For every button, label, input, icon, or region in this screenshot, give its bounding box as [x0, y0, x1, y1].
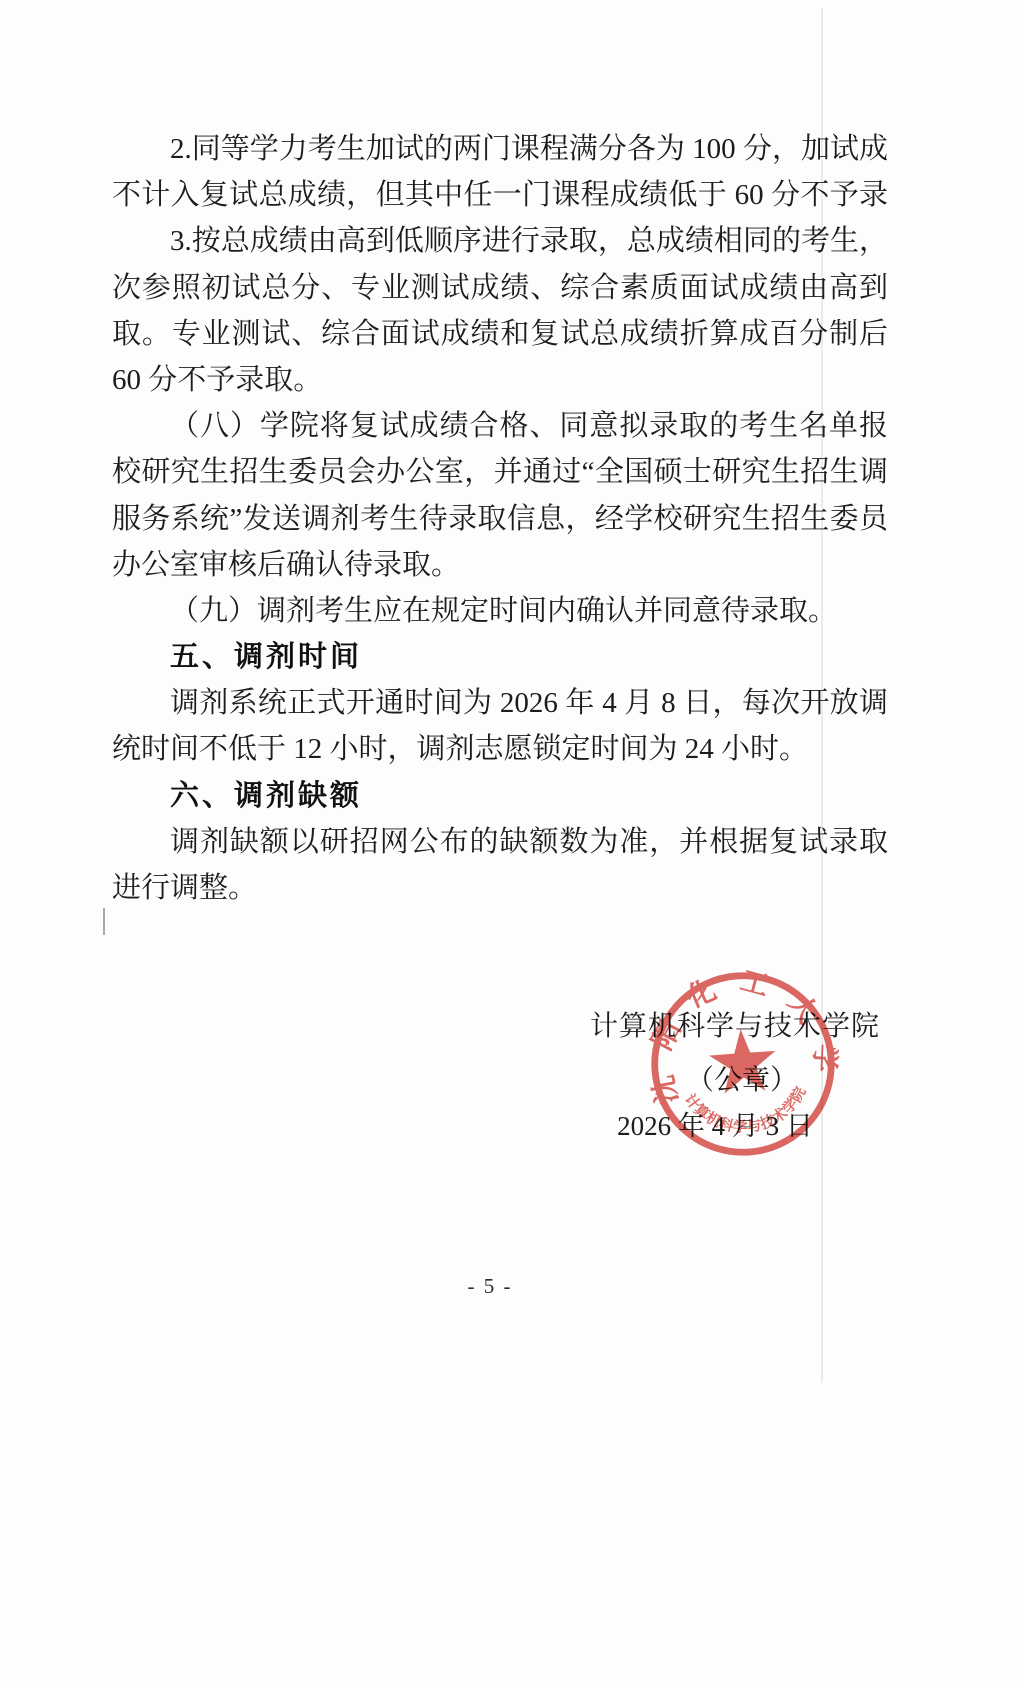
text-line: 不计入复试总成绩，但其中任一门课程成绩低于 60 分不予录取。	[112, 172, 888, 218]
document-body: 2.同等学力考生加试的两门课程满分各为 100 分，加试成绩 不计入复试总成绩，…	[112, 126, 888, 911]
svg-text:计算机科学与技术学院: 计算机科学与技术学院	[680, 1082, 812, 1140]
text-line: （八）学院将复试成绩合格、同意拟录取的考生名单报送学	[112, 403, 888, 449]
text-line: （九）调剂考生应在规定时间内确认并同意待录取。	[112, 588, 888, 634]
text-line: 办公室审核后确认待录取。	[112, 542, 888, 588]
text-line: 进行调整。	[112, 865, 888, 911]
star-icon	[707, 1027, 778, 1095]
text-line: 次参照初试总分、专业测试成绩、综合素质面试成绩由高到低录	[112, 265, 888, 311]
text-line: 校研究生招生委员会办公室，并通过“全国硕士研究生招生调剂	[112, 449, 888, 495]
official-seal-stamp: 沈阳化工大学 计算机科学与技术学院	[639, 960, 846, 1167]
scanned-document-page: 2.同等学力考生加试的两门课程满分各为 100 分，加试成绩 不计入复试总成绩，…	[0, 0, 1024, 1687]
page-number: - 5 -	[440, 1274, 540, 1299]
text-line: 调剂缺额以研招网公布的缺额数为准，并根据复试录取情况	[112, 819, 888, 865]
text-line: 服务系统”发送调剂考生待录取信息，经学校研究生招生委员会	[112, 496, 888, 542]
text-line: 3.按总成绩由高到低顺序进行录取，总成绩相同的考生，依	[112, 218, 888, 264]
text-line: 2.同等学力考生加试的两门课程满分各为 100 分，加试成绩	[112, 126, 888, 172]
section-heading-5: 五、调剂时间	[112, 634, 888, 680]
text-line: 调剂系统正式开通时间为 2026 年 4 月 8 日，每次开放调剂系	[112, 680, 888, 726]
text-line: 统时间不低于 12 小时，调剂志愿锁定时间为 24 小时。	[112, 726, 888, 772]
seal-bottom-text: 计算机科学与技术学院	[680, 1082, 812, 1140]
section-heading-6: 六、调剂缺额	[112, 773, 888, 819]
text-line: 60 分不予录取。	[112, 357, 888, 403]
seal-graphic: 沈阳化工大学 计算机科学与技术学院	[639, 960, 846, 1167]
scan-artifact-tick-mark	[103, 908, 105, 935]
text-line: 取。专业测试、综合面试成绩和复试总成绩折算成百分制后低于	[112, 311, 888, 357]
